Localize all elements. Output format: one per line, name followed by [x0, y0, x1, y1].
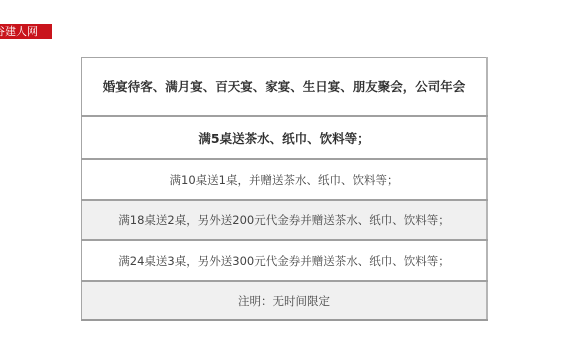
table-row: 婚宴待客、满月宴、百天宴、家宴、生日宴、朋友聚会，公司年会 [82, 58, 488, 117]
offer-24-tables-cell: 满24桌送3桌，另外送300元代金券并赠送茶水、纸巾、饮料等； [82, 240, 488, 281]
table-row: 满18桌送2桌，另外送200元代金券并赠送茶水、纸巾、饮料等； [82, 200, 488, 240]
site-name: 谷建人网 [0, 25, 38, 38]
offer-5-tables-cell: 满5桌送茶水、纸巾、饮料等； [82, 116, 488, 159]
offer-18-tables-cell: 满18桌送2桌，另外送200元代金券并赠送茶水、纸巾、饮料等； [82, 200, 488, 240]
table-row: 注明：无时间限定 [82, 281, 488, 320]
table-row: 满10桌送1桌，并赠送茶水、纸巾、饮料等； [82, 159, 488, 200]
offer-10-tables-cell: 满10桌送1桌，并赠送茶水、纸巾、饮料等； [82, 159, 488, 200]
table-row: 满24桌送3桌，另外送300元代金券并赠送茶水、纸巾、饮料等； [82, 240, 488, 281]
promotion-table: 婚宴待客、满月宴、百天宴、家宴、生日宴、朋友聚会，公司年会 满5桌送茶水、纸巾、… [81, 57, 488, 321]
note-cell: 注明：无时间限定 [82, 281, 488, 320]
site-logo-badge[interactable]: 谷建人网 [0, 24, 52, 39]
table-row: 满5桌送茶水、纸巾、饮料等； [82, 116, 488, 159]
event-types-cell: 婚宴待客、满月宴、百天宴、家宴、生日宴、朋友聚会，公司年会 [82, 58, 488, 117]
